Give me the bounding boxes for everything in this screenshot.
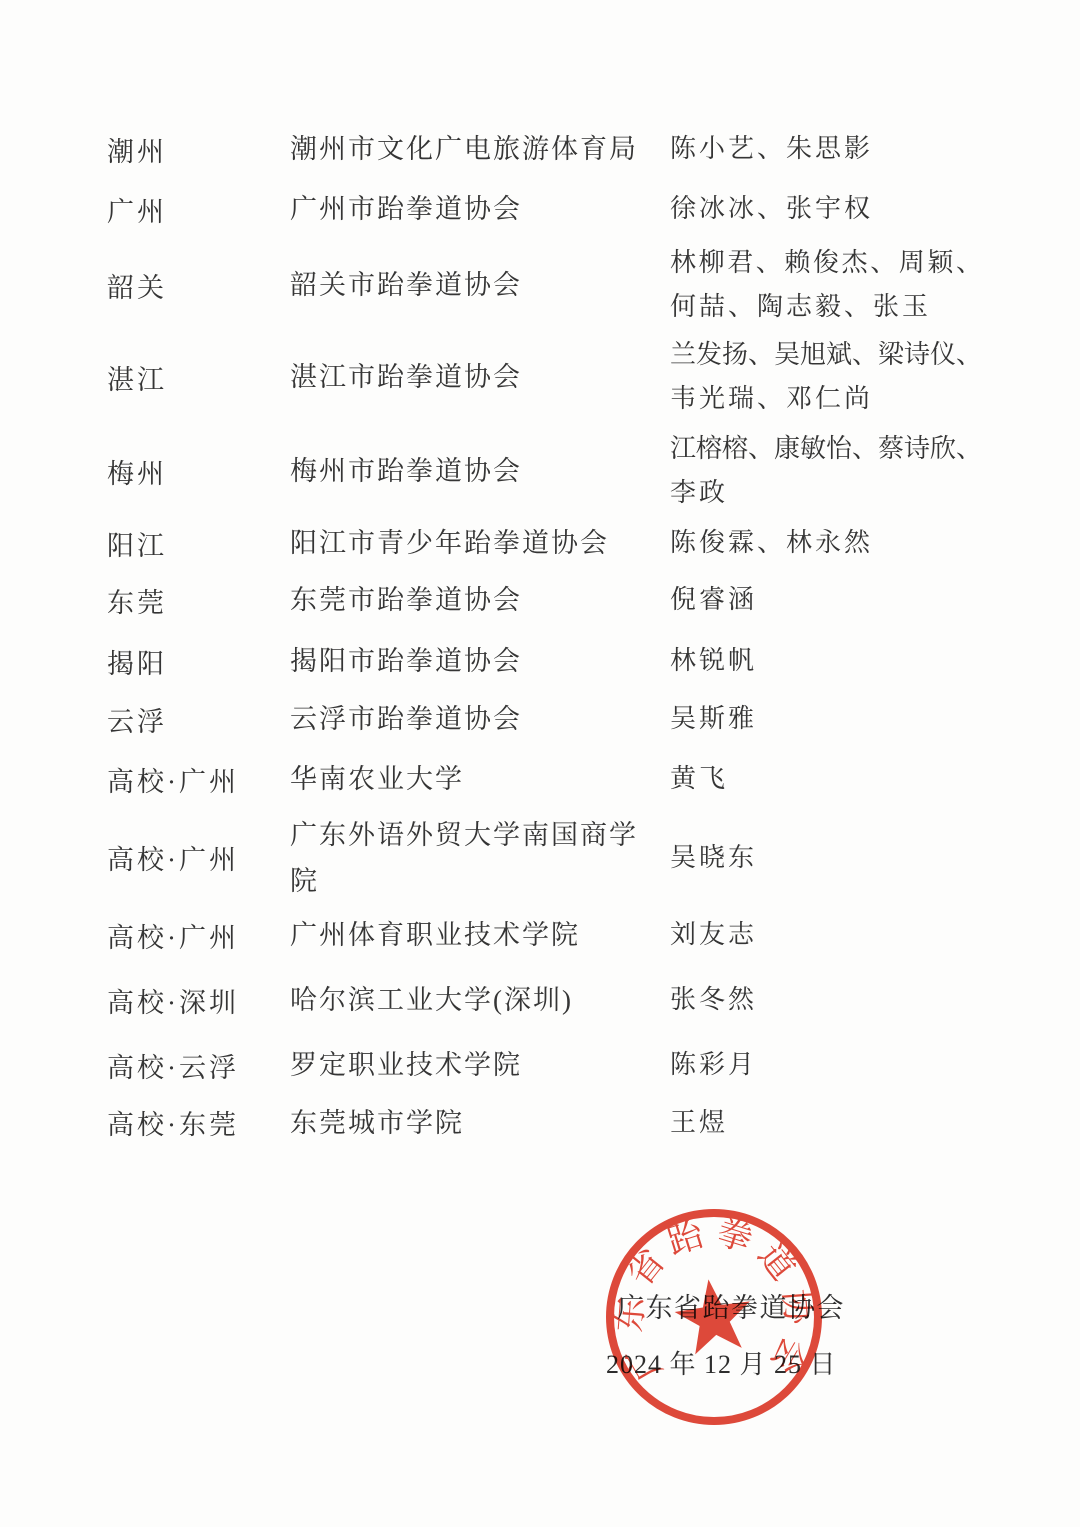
persons-line: 陈小艺、朱思影 bbox=[670, 127, 982, 171]
persons-line: 张冬然 bbox=[670, 978, 982, 1022]
persons-cell: 黄飞 bbox=[670, 757, 982, 801]
region-cell: 东莞 bbox=[107, 581, 290, 620]
organization-line: 广州体育职业技术学院 bbox=[290, 912, 670, 958]
persons-cell: 王煜 bbox=[670, 1101, 982, 1145]
region-cell: 韶关 bbox=[107, 266, 290, 305]
persons-cell: 林柳君、赖俊杰、周颖、何喆、陶志毅、张玉 bbox=[670, 241, 982, 329]
organization-line: 罗定职业技术学院 bbox=[290, 1042, 670, 1088]
organization-cell: 东莞市跆拳道协会 bbox=[290, 577, 670, 623]
roster-row: 高校·深圳哈尔滨工业大学(深圳)张冬然 bbox=[107, 965, 982, 1035]
organization-line: 云浮市跆拳道协会 bbox=[290, 696, 670, 742]
persons-line: 倪睿涵 bbox=[670, 578, 982, 622]
persons-cell: 兰发扬、吴旭斌、梁诗仪、韦光瑞、邓仁尚 bbox=[670, 333, 982, 421]
region-cell: 高校·广州 bbox=[107, 916, 290, 955]
persons-line: 徐冰冰、张宇权 bbox=[670, 187, 982, 231]
organization-cell: 罗定职业技术学院 bbox=[290, 1042, 670, 1088]
persons-cell: 徐冰冰、张宇权 bbox=[670, 187, 982, 231]
organization-line: 院 bbox=[290, 858, 670, 904]
region-cell: 高校·云浮 bbox=[107, 1046, 290, 1085]
organization-line: 华南农业大学 bbox=[290, 756, 670, 802]
organization-line: 湛江市跆拳道协会 bbox=[290, 354, 670, 400]
roster-row: 高校·广州华南农业大学黄飞 bbox=[107, 748, 982, 810]
persons-cell: 江榕榕、康敏怡、蔡诗欣、李政 bbox=[670, 427, 982, 515]
roster-row: 湛江湛江市跆拳道协会兰发扬、吴旭斌、梁诗仪、韦光瑞、邓仁尚 bbox=[107, 330, 982, 424]
persons-line: 吴斯雅 bbox=[670, 697, 982, 741]
persons-line: 陈俊霖、林永然 bbox=[670, 521, 982, 565]
roster-row: 高校·广州广州体育职业技术学院刘友志 bbox=[107, 905, 982, 965]
official-seal: 广东省跆拳道协会 bbox=[599, 1202, 829, 1432]
organization-cell: 广州市跆拳道协会 bbox=[290, 186, 670, 232]
roster-table: 潮州潮州市文化广电旅游体育局陈小艺、朱思影广州广州市跆拳道协会徐冰冰、张宇权韶关… bbox=[107, 120, 982, 1150]
region-cell: 广州 bbox=[107, 190, 290, 229]
persons-cell: 吴斯雅 bbox=[670, 697, 982, 741]
organization-line: 梅州市跆拳道协会 bbox=[290, 448, 670, 494]
region-cell: 高校·深圳 bbox=[107, 981, 290, 1020]
region-cell: 阳江 bbox=[107, 524, 290, 563]
organization-line: 阳江市青少年跆拳道协会 bbox=[290, 520, 670, 566]
roster-row: 高校·云浮罗定职业技术学院陈彩月 bbox=[107, 1035, 982, 1095]
persons-line: 何喆、陶志毅、张玉 bbox=[670, 285, 982, 329]
persons-line: 吴晓东 bbox=[670, 836, 982, 880]
organization-line: 广东外语外贸大学南国商学 bbox=[290, 812, 670, 858]
persons-cell: 吴晓东 bbox=[670, 836, 982, 880]
organization-cell: 云浮市跆拳道协会 bbox=[290, 696, 670, 742]
organization-cell: 广东外语外贸大学南国商学院 bbox=[290, 812, 670, 904]
persons-cell: 倪睿涵 bbox=[670, 578, 982, 622]
organization-cell: 梅州市跆拳道协会 bbox=[290, 448, 670, 494]
organization-cell: 阳江市青少年跆拳道协会 bbox=[290, 520, 670, 566]
roster-row: 东莞东莞市跆拳道协会倪睿涵 bbox=[107, 568, 982, 632]
organization-cell: 东莞城市学院 bbox=[290, 1100, 670, 1146]
organization-cell: 潮州市文化广电旅游体育局 bbox=[290, 126, 670, 172]
roster-row: 广州广州市跆拳道协会徐冰冰、张宇权 bbox=[107, 178, 982, 240]
persons-line: 兰发扬、吴旭斌、梁诗仪、 bbox=[670, 333, 982, 377]
persons-line: 林柳君、赖俊杰、周颖、 bbox=[670, 241, 982, 285]
roster-row: 云浮云浮市跆拳道协会吴斯雅 bbox=[107, 690, 982, 748]
organization-cell: 华南农业大学 bbox=[290, 756, 670, 802]
roster-row: 高校·东莞东莞城市学院王煜 bbox=[107, 1095, 982, 1150]
region-cell: 高校·广州 bbox=[107, 760, 290, 799]
roster-row: 高校·广州广东外语外贸大学南国商学院吴晓东 bbox=[107, 810, 982, 905]
document-page: 潮州潮州市文化广电旅游体育局陈小艺、朱思影广州广州市跆拳道协会徐冰冰、张宇权韶关… bbox=[0, 0, 1080, 1527]
region-cell: 梅州 bbox=[107, 452, 290, 491]
persons-line: 李政 bbox=[670, 471, 982, 515]
organization-cell: 韶关市跆拳道协会 bbox=[290, 262, 670, 308]
roster-row: 阳江阳江市青少年跆拳道协会陈俊霖、林永然 bbox=[107, 518, 982, 568]
roster-row: 揭阳揭阳市跆拳道协会林锐帆 bbox=[107, 632, 982, 690]
roster-row: 潮州潮州市文化广电旅游体育局陈小艺、朱思影 bbox=[107, 120, 982, 178]
persons-cell: 张冬然 bbox=[670, 978, 982, 1022]
organization-line: 广州市跆拳道协会 bbox=[290, 186, 670, 232]
region-cell: 潮州 bbox=[107, 130, 290, 169]
region-cell: 云浮 bbox=[107, 700, 290, 739]
persons-cell: 陈彩月 bbox=[670, 1043, 982, 1087]
region-cell: 湛江 bbox=[107, 358, 290, 397]
persons-line: 林锐帆 bbox=[670, 639, 982, 683]
organization-cell: 哈尔滨工业大学(深圳) bbox=[290, 977, 670, 1023]
organization-line: 东莞城市学院 bbox=[290, 1100, 670, 1146]
persons-line: 陈彩月 bbox=[670, 1043, 982, 1087]
organization-line: 东莞市跆拳道协会 bbox=[290, 577, 670, 623]
organization-line: 哈尔滨工业大学(深圳) bbox=[290, 977, 670, 1023]
persons-line: 韦光瑞、邓仁尚 bbox=[670, 377, 982, 421]
roster-row: 梅州梅州市跆拳道协会江榕榕、康敏怡、蔡诗欣、李政 bbox=[107, 424, 982, 518]
persons-cell: 陈俊霖、林永然 bbox=[670, 521, 982, 565]
persons-line: 刘友志 bbox=[670, 913, 982, 957]
persons-cell: 林锐帆 bbox=[670, 639, 982, 683]
organization-cell: 湛江市跆拳道协会 bbox=[290, 354, 670, 400]
region-cell: 高校·东莞 bbox=[107, 1103, 290, 1142]
persons-line: 黄飞 bbox=[670, 757, 982, 801]
organization-cell: 广州体育职业技术学院 bbox=[290, 912, 670, 958]
seal-star-icon bbox=[671, 1274, 756, 1356]
region-cell: 高校·广州 bbox=[107, 838, 290, 877]
persons-line: 王煜 bbox=[670, 1101, 982, 1145]
persons-cell: 陈小艺、朱思影 bbox=[670, 127, 982, 171]
organization-line: 韶关市跆拳道协会 bbox=[290, 262, 670, 308]
organization-line: 潮州市文化广电旅游体育局 bbox=[290, 126, 670, 172]
roster-row: 韶关韶关市跆拳道协会林柳君、赖俊杰、周颖、何喆、陶志毅、张玉 bbox=[107, 240, 982, 330]
organization-line: 揭阳市跆拳道协会 bbox=[290, 638, 670, 684]
persons-line: 江榕榕、康敏怡、蔡诗欣、 bbox=[670, 427, 982, 471]
organization-cell: 揭阳市跆拳道协会 bbox=[290, 638, 670, 684]
persons-cell: 刘友志 bbox=[670, 913, 982, 957]
region-cell: 揭阳 bbox=[107, 642, 290, 681]
